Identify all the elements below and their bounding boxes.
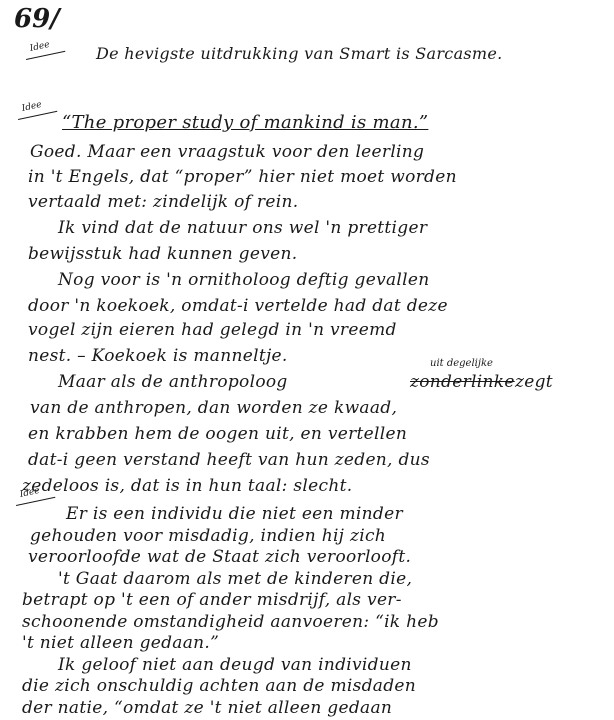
text-line: 't niet alleen gedaan.”	[22, 633, 219, 653]
text-line: Maar als de anthropoloog	[58, 372, 288, 392]
text-line: schoonende omstandigheid aanvoeren: “ik …	[22, 612, 439, 632]
text-line: dat-i geen verstand heeft van hun zeden,…	[28, 450, 430, 470]
struck-word: zonderlinke	[410, 372, 515, 392]
text-line: Nog voor is 'n ornitholoog deftig gevall…	[58, 270, 430, 290]
text-line: die zich onschuldig achten aan de misdad…	[22, 676, 416, 696]
margin-mark-1: Idee	[29, 40, 51, 54]
text-line: der natie, “omdat ze 't niet alleen geda…	[22, 698, 392, 718]
text-line: nest. – Koekoek is manneltje.	[28, 346, 288, 366]
text-line: betrapt op 't een of ander misdrijf, als…	[22, 590, 402, 610]
text-line: 't Gaat daarom als met de kinderen die,	[58, 569, 412, 589]
text-line: gehouden voor misdadig, indien hij zich	[30, 526, 386, 546]
page-number: 69/	[14, 4, 60, 34]
text-line: Goed. Maar een vraagstuk voor den leerli…	[30, 142, 424, 162]
text-line: door 'n koekoek, omdat-i vertelde had da…	[28, 296, 448, 316]
text-line: Er is een individu die niet een minder	[66, 504, 403, 524]
text-line: in 't Engels, dat “proper” hier niet moe…	[28, 167, 457, 187]
text-line: Ik vind dat de natuur ons wel 'n prettig…	[58, 218, 427, 238]
text-line: veroorloofde wat de Staat zich veroorloo…	[28, 547, 411, 567]
text-line: Ik geloof niet aan deugd van individuen	[58, 655, 412, 675]
text-line: van de anthropen, dan worden ze kwaad,	[30, 398, 397, 418]
text-line: en krabben hem de oogen uit, en vertelle…	[28, 424, 407, 444]
header-line: De hevigste uitdrukking van Smart is Sar…	[96, 44, 503, 63]
manuscript-page: 69/ Idee De hevigste uitdrukking van Sma…	[0, 0, 614, 720]
text-line: vertaald met: zindelijk of rein.	[28, 192, 298, 212]
margin-mark-2: Idee	[21, 100, 43, 114]
text-word: zegt	[515, 372, 553, 392]
quote-line: “The proper study of mankind is man.”	[62, 112, 428, 133]
insertion-note: uit degelijke	[430, 358, 493, 369]
text-line: bewijsstuk had kunnen geven.	[28, 244, 297, 264]
text-line: vogel zijn eieren had gelegd in 'n vreem…	[28, 320, 397, 340]
text-line: zedeloos is, dat is in hun taal: slecht.	[22, 476, 352, 496]
